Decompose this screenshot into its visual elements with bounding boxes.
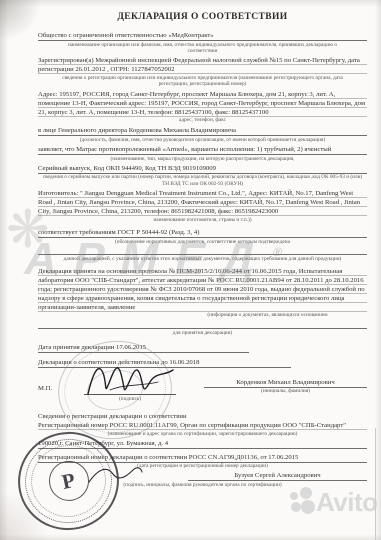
basis-paragraph: Декларация принята на основании протокол… [38, 267, 367, 312]
applicant-registration-caption: сведения о регистрации организации или и… [62, 75, 344, 87]
conformity-line: соответствует требованиям ГОСТ Р 50444-9… [38, 228, 367, 238]
avito-logo-icon [289, 487, 314, 517]
org-address-line: 190020,г. Санкт-Петербург, ул. Бумажная,… [38, 439, 367, 449]
basis-caption2: для принятия декларации) [62, 330, 344, 336]
manufacturer-caption: наименование изготовителя, страны и т.п.… [62, 217, 344, 223]
serial-caption: сведения о серийном выпуске или партии (… [43, 174, 363, 186]
signature-row: М.П. (подпись) Корденков Михаил Владимир… [38, 378, 367, 404]
signatory-name: Корденков Михаил Владимирович [204, 378, 367, 388]
registrar-signature-scribble [85, 462, 145, 488]
scan-edge-line [375, 428, 376, 540]
blank-rule-line2 [38, 321, 367, 329]
product-declaration-line: заявляет, что Матрас противопролежневый … [38, 145, 367, 155]
applicant-address-caption: адрес, телефон, факс [62, 117, 344, 123]
signatory-name-block: Корденков Михаил Владимирович (инициалы,… [204, 378, 367, 397]
applicant-address: Адрес: 195197, РОССИЯ, город Санкт-Петер… [38, 90, 367, 117]
signature-area: (подпись) [84, 378, 176, 404]
mp-label: М.П. [38, 378, 84, 393]
applicant-name-caption: наименование организации или фамилия, им… [62, 42, 344, 54]
applicant-registration: Зарегистрирован(а) Межрайонной инспекцие… [38, 56, 367, 74]
registration-info-heading: Сведения о регистрации декларации о соот… [38, 412, 367, 421]
cert-head-name: Бузуев Сергей Александрович [188, 471, 367, 481]
avito-label: Avito [316, 498, 378, 507]
page-title: ДЕКЛАРАЦИЯ О СООТВЕТСТВИИ [38, 13, 367, 22]
representative-caption: (должность, фамилия, имя, отчество руков… [62, 137, 344, 143]
signature-scribble [80, 356, 180, 400]
declaration-document: ДЕКЛАРАЦИЯ О СООТВЕТСТВИИ Общество с огр… [0, 0, 381, 540]
registration-number-line: Регистрационный номер РОСС RU.0001.11АГ9… [38, 421, 367, 430]
conformity-caption2: данной декларацией, с указанием пунктов … [43, 256, 363, 262]
date-accepted-line: Дата принятия декларации 17.06.2015 [38, 343, 249, 353]
serial-line: Серийный выпуск, Код ОКП 944490, Код ТН … [38, 164, 367, 174]
conformity-caption: (обозначение нормативных документов, соо… [43, 239, 363, 245]
applicant-name-line: Общество с ограниченной ответственностью… [38, 31, 367, 41]
signatory-name-caption: (инициалы, фамилия) [204, 388, 367, 394]
manufacturer-paragraph: Изготовитель: " Jiangsu Dengguan Medical… [38, 189, 367, 216]
product-declaration-caption: (наименование, тип, марка продукции, на … [43, 156, 363, 162]
blank-rule-line [38, 247, 367, 255]
basis-caption1: (информация о документах, являющихся осн… [38, 312, 367, 318]
registration-org-caption: (наименование и адрес органа по сертифик… [43, 431, 363, 437]
avito-watermark: Avito [289, 487, 378, 517]
representative-line: в лице Генерального директора Корденкова… [38, 126, 367, 136]
